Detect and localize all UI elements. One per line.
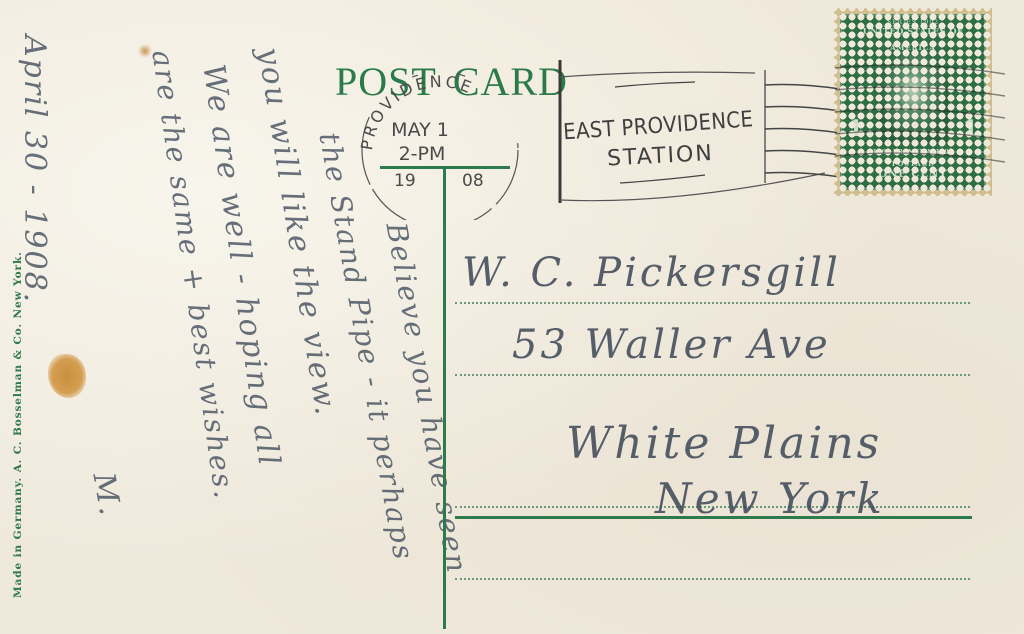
address-rule-2 — [455, 374, 970, 376]
postmark-time: 2-PM — [399, 143, 446, 165]
circular-postmark: PROVIDENCE MAY 1 2-PM 19 08 — [350, 60, 530, 220]
postmark-date: MAY 1 — [391, 119, 449, 141]
address-street: 53 Waller Ave — [512, 322, 831, 368]
stain-spot — [48, 354, 86, 398]
stamp-country: UNITED STATES OF — [842, 27, 984, 37]
address-rule-1 — [455, 302, 970, 304]
address-rule-4 — [455, 578, 970, 580]
center-divider-line — [443, 167, 446, 629]
stamp-series: SERIES 1902 — [842, 19, 984, 26]
address-city: White Plains — [566, 418, 882, 469]
message-line-6: M. — [86, 470, 128, 520]
postmark-year-left: 19 — [394, 171, 416, 191]
stamp-cancel-lines — [835, 60, 1005, 180]
postmark-year-right: 08 — [462, 171, 484, 191]
message-date: April 30 - 1908. — [17, 35, 52, 304]
flag-cancellation: EAST PROVIDENCE STATION — [555, 55, 845, 215]
postcard-back: Made in Germany. A. C. Bosselman & Co. N… — [0, 0, 1024, 634]
address-name: W. C. Pickersgill — [462, 250, 841, 296]
cancel-line-2: STATION — [606, 141, 714, 172]
cancel-line-1: EAST PROVIDENCE — [562, 107, 753, 145]
address-state: New York — [655, 474, 885, 523]
stamp-country-2: AMERICA — [842, 43, 984, 52]
